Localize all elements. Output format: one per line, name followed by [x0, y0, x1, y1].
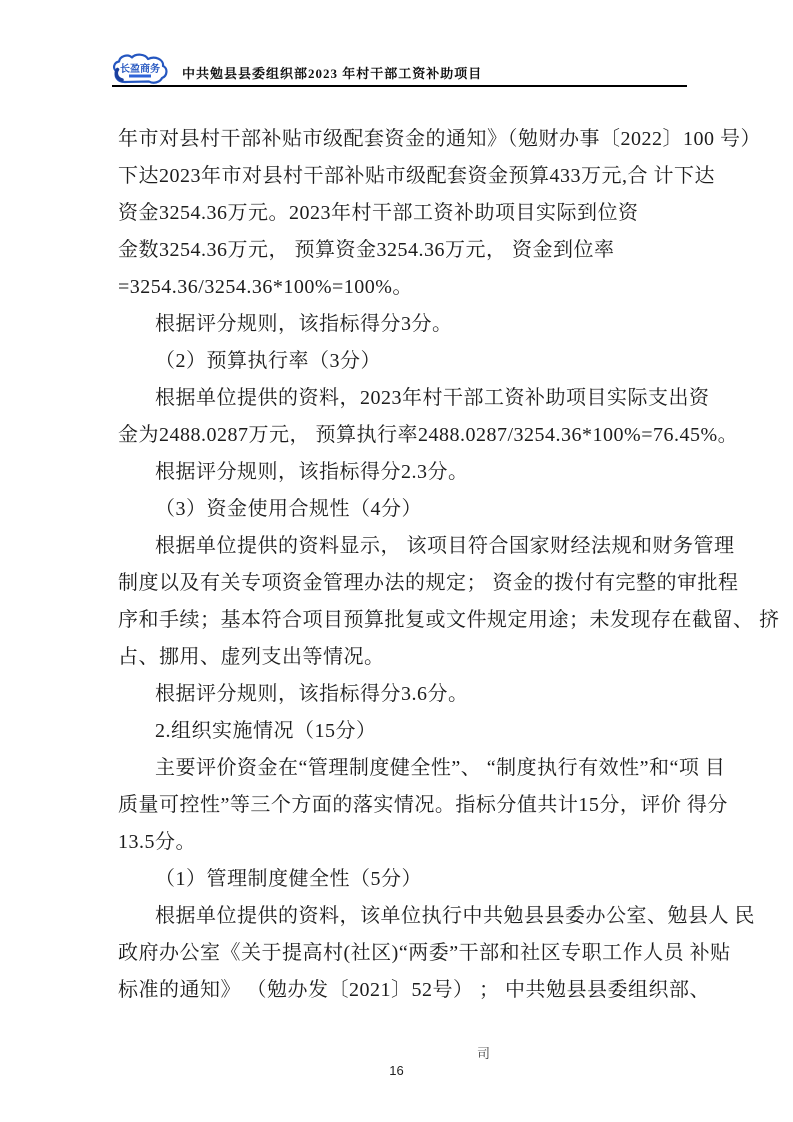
text-line: 根据评分规则，该指标得分3.6分。	[118, 676, 693, 713]
text-line: 金为2488.0287万元， 预算执行率2488.0287/3254.36*10…	[118, 417, 693, 454]
document-page: 长盈商务 中共勉县县委组织部2023 年村干部工资补助项目 年市对县村干部补贴市…	[0, 0, 793, 1122]
text-line: 根据单位提供的资料，该单位执行中共勉县县委办公室、勉县人 民	[118, 898, 693, 935]
text-line: 占、挪用、虚列支出等情况。	[118, 639, 693, 676]
page-number: 16	[0, 1063, 793, 1078]
text-line: 根据评分规则，该指标得分3分。	[118, 306, 693, 343]
text-line: 年市对县村干部补贴市级配套资金的通知》（勉财办事〔2022〕100 号）	[118, 121, 693, 158]
text-line: 制度以及有关专项资金管理办法的规定； 资金的拨付有完整的审批程	[118, 565, 693, 602]
page-header: 长盈商务 中共勉县县委组织部2023 年村干部工资补助项目	[112, 50, 687, 85]
text-line: 主要评价资金在“管理制度健全性”、 “制度执行有效性”和“项 目	[118, 750, 693, 787]
document-header-title: 中共勉县县委组织部2023 年村干部工资补助项目	[182, 63, 482, 82]
logo-text: 长盈商务	[120, 62, 160, 75]
text-line: 资金3254.36万元。2023年村干部工资补助项目实际到位资	[118, 195, 693, 232]
text-line: 根据单位提供的资料显示， 该项目符合国家财经法规和财务管理	[118, 528, 693, 565]
text-line: 13.5分。	[118, 824, 693, 861]
text-line: 下达2023年市对县村干部补贴市级配套资金预算433万元,合 计下达	[118, 158, 693, 195]
text-line: 金数3254.36万元， 预算资金3254.36万元， 资金到位率	[118, 232, 693, 269]
text-line: =3254.36/3254.36*100%=100%。	[118, 269, 693, 306]
text-line: 根据评分规则，该指标得分2.3分。	[118, 454, 693, 491]
text-line: 根据单位提供的资料，2023年村干部工资补助项目实际支出资	[118, 380, 693, 417]
text-line: （2）预算执行率（3分）	[118, 343, 693, 380]
text-line: 质量可控性”等三个方面的落实情况。指标分值共计15分，评价 得分	[118, 787, 693, 824]
text-line: 2.组织实施情况（15分）	[118, 713, 693, 750]
stray-character-mark: 司	[477, 1043, 490, 1062]
text-line: （3）资金使用合规性（4分）	[118, 491, 693, 528]
logo-tagline-bar	[129, 75, 151, 78]
company-cloud-logo-icon: 长盈商务	[112, 53, 168, 87]
header-divider-line	[112, 85, 687, 87]
text-line: 序和手续；基本符合项目预算批复或文件规定用途；未发现存在截留、 挤	[118, 602, 693, 639]
document-body: 年市对县村干部补贴市级配套资金的通知》（勉财办事〔2022〕100 号）下达20…	[118, 121, 693, 1009]
text-line: （1）管理制度健全性（5分）	[118, 861, 693, 898]
text-line: 标准的通知》 （勉办发〔2021〕52号） ； 中共勉县县委组织部、	[118, 972, 693, 1009]
text-line: 政府办公室《关于提高村(社区)“两委”干部和社区专职工作人员 补贴	[118, 935, 693, 972]
